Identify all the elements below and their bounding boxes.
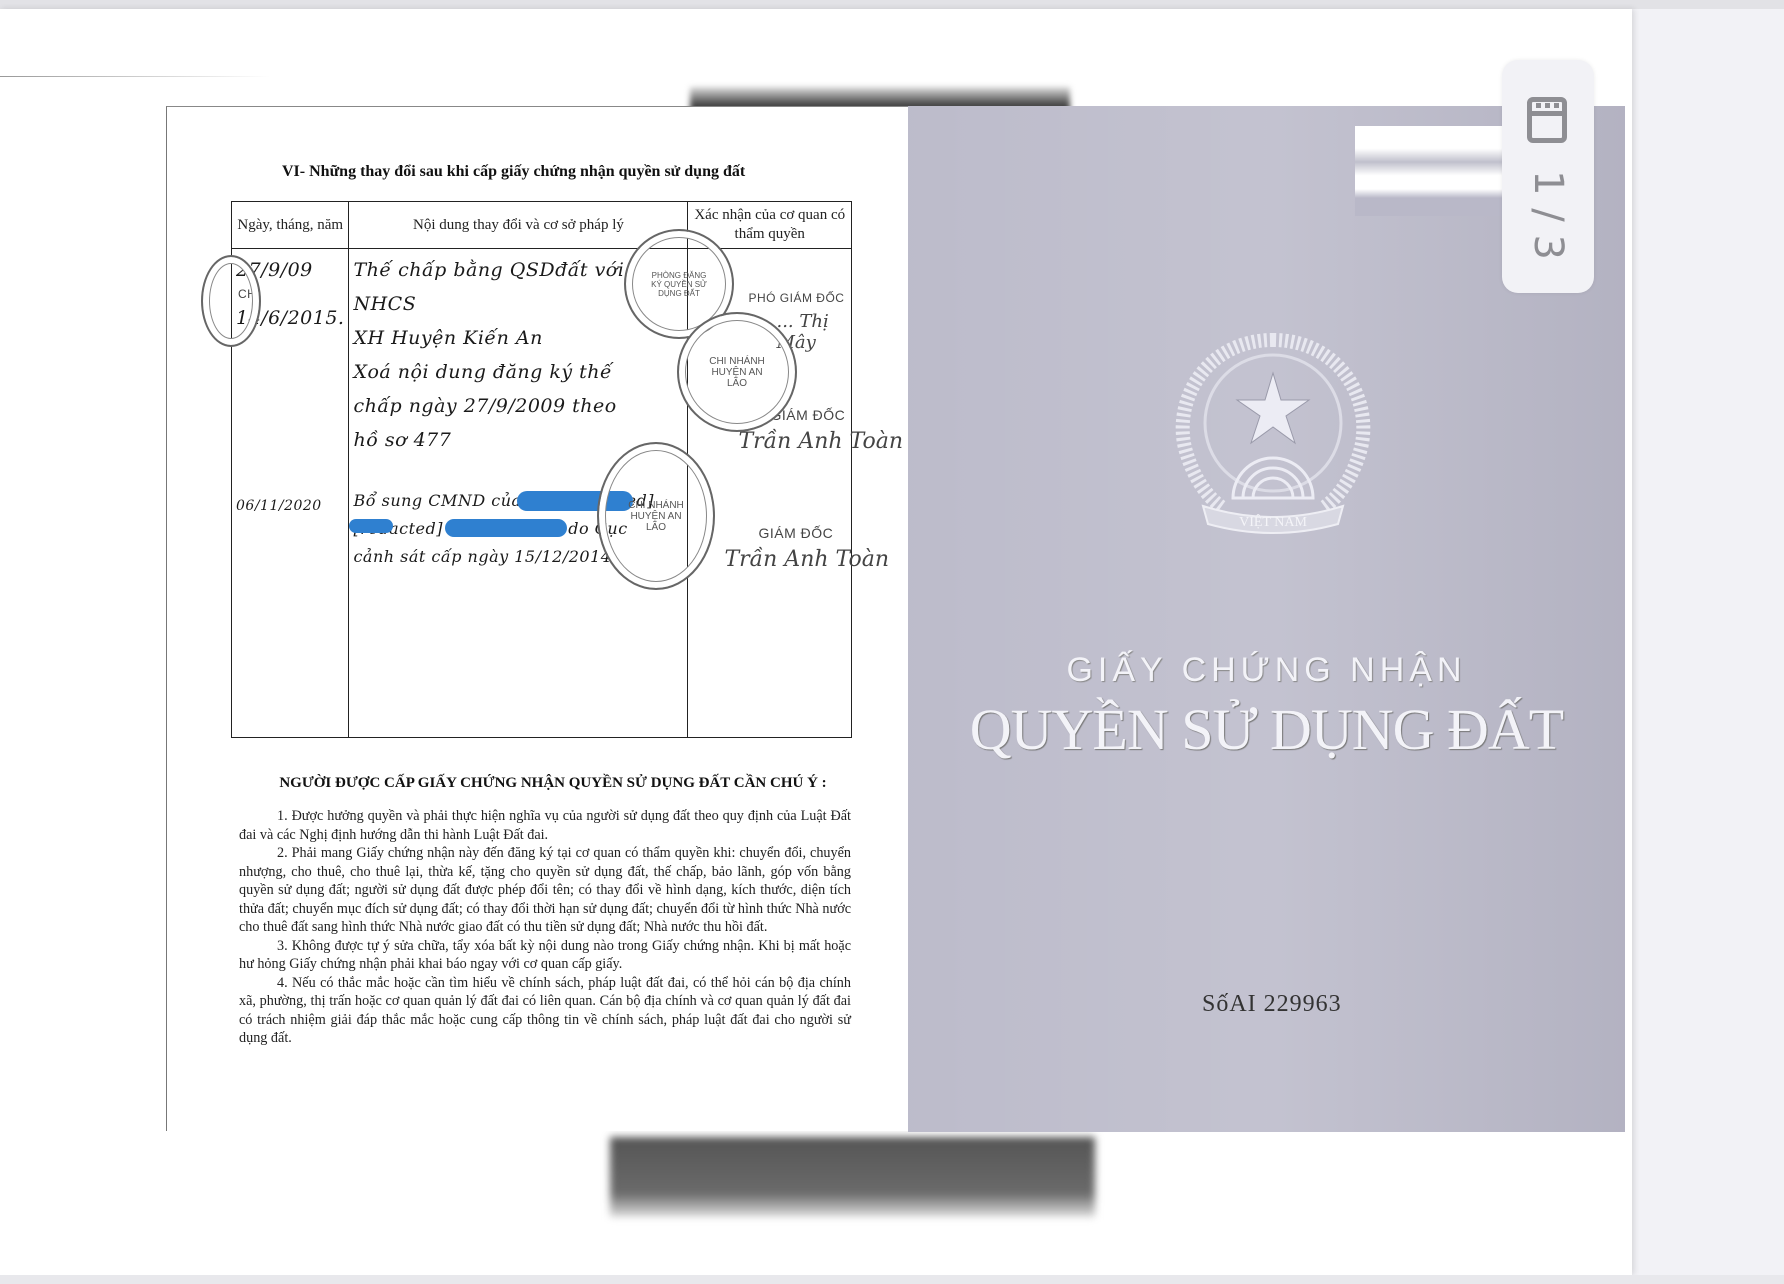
content-line: Xoá nội dung đăng ký thế [353, 355, 683, 389]
content-line: chấp ngày 27/9/2009 theo [353, 389, 683, 423]
table-row: 06/11/2020 Bổ sung CMND của ông [redacte… [232, 457, 852, 738]
content-line: XH Huyện Kiến An [353, 321, 683, 355]
scan-artifact-line [0, 76, 270, 77]
svg-text:VIỆT NAM: VIỆT NAM [1239, 513, 1307, 530]
browser-window-icon [1527, 97, 1567, 143]
row-date-start: 06/11/2020 [236, 489, 344, 523]
signer-title: GIÁM ĐỐC [758, 525, 833, 541]
column-header-content: Nội dung thay đổi và cơ sở pháp lý [349, 202, 688, 249]
notes-title: NGƯỜI ĐƯỢC CẤP GIẤY CHỨNG NHẬN QUYỀN SỬ … [243, 775, 863, 792]
section-title: VI- Những thay đổi sau khi cấp giấy chứn… [282, 163, 842, 181]
official-stamp [201, 255, 261, 347]
signer-title: PHÓ GIÁM ĐỐC [748, 291, 844, 305]
page-indicator[interactable]: 1 / 3 [1502, 60, 1594, 293]
national-emblem-icon: VIỆT NAM [1163, 328, 1383, 548]
official-stamp: CHI NHÁNH HUYỆN AN LÃO [597, 442, 715, 590]
note-item: 2. Phải mang Giấy chứng nhận này đến đăn… [239, 844, 851, 937]
redaction-mark [445, 519, 567, 537]
page-indicator-text: 1 / 3 [1525, 170, 1571, 260]
note-item: 4. Nếu có thắc mắc hoặc cần tìm hiểu về … [239, 974, 851, 1048]
note-item: 3. Không được tự ý sửa chữa, tẩy xóa bất… [239, 937, 851, 974]
column-header-date: Ngày, tháng, năm [232, 202, 349, 249]
signer-name: Trần Anh Toàn [724, 547, 889, 572]
serial-number: SốAI 229963 [1202, 991, 1342, 1018]
cover-title-line-1: GIẤY CHỨNG NHẬN [908, 651, 1625, 690]
cover-title-line-2: QUYỀN SỬ DỤNG ĐẤT [908, 696, 1625, 763]
changes-table: Ngày, tháng, năm Nội dung thay đổi và cơ… [231, 201, 852, 738]
document-image: VI- Những thay đổi sau khi cấp giấy chứn… [0, 9, 1632, 1275]
notes-list: 1. Được hưởng quyền và phải thực hiện ng… [239, 807, 851, 1048]
certificate-inner-page: VI- Những thay đổi sau khi cấp giấy chứn… [166, 106, 911, 1131]
scan-shadow-bottom [610, 1137, 1095, 1217]
top-status-strip [0, 0, 1784, 9]
bottom-strip [0, 1275, 1784, 1284]
row-date: 06/11/2020 [232, 457, 349, 738]
redaction-mark [349, 519, 393, 533]
note-item: 1. Được hưởng quyền và phải thực hiện ng… [239, 807, 851, 844]
signer-name: Trần Anh Toàn [738, 429, 903, 454]
official-stamp: CHI NHÁNH HUYỆN AN LÃO [677, 312, 797, 432]
